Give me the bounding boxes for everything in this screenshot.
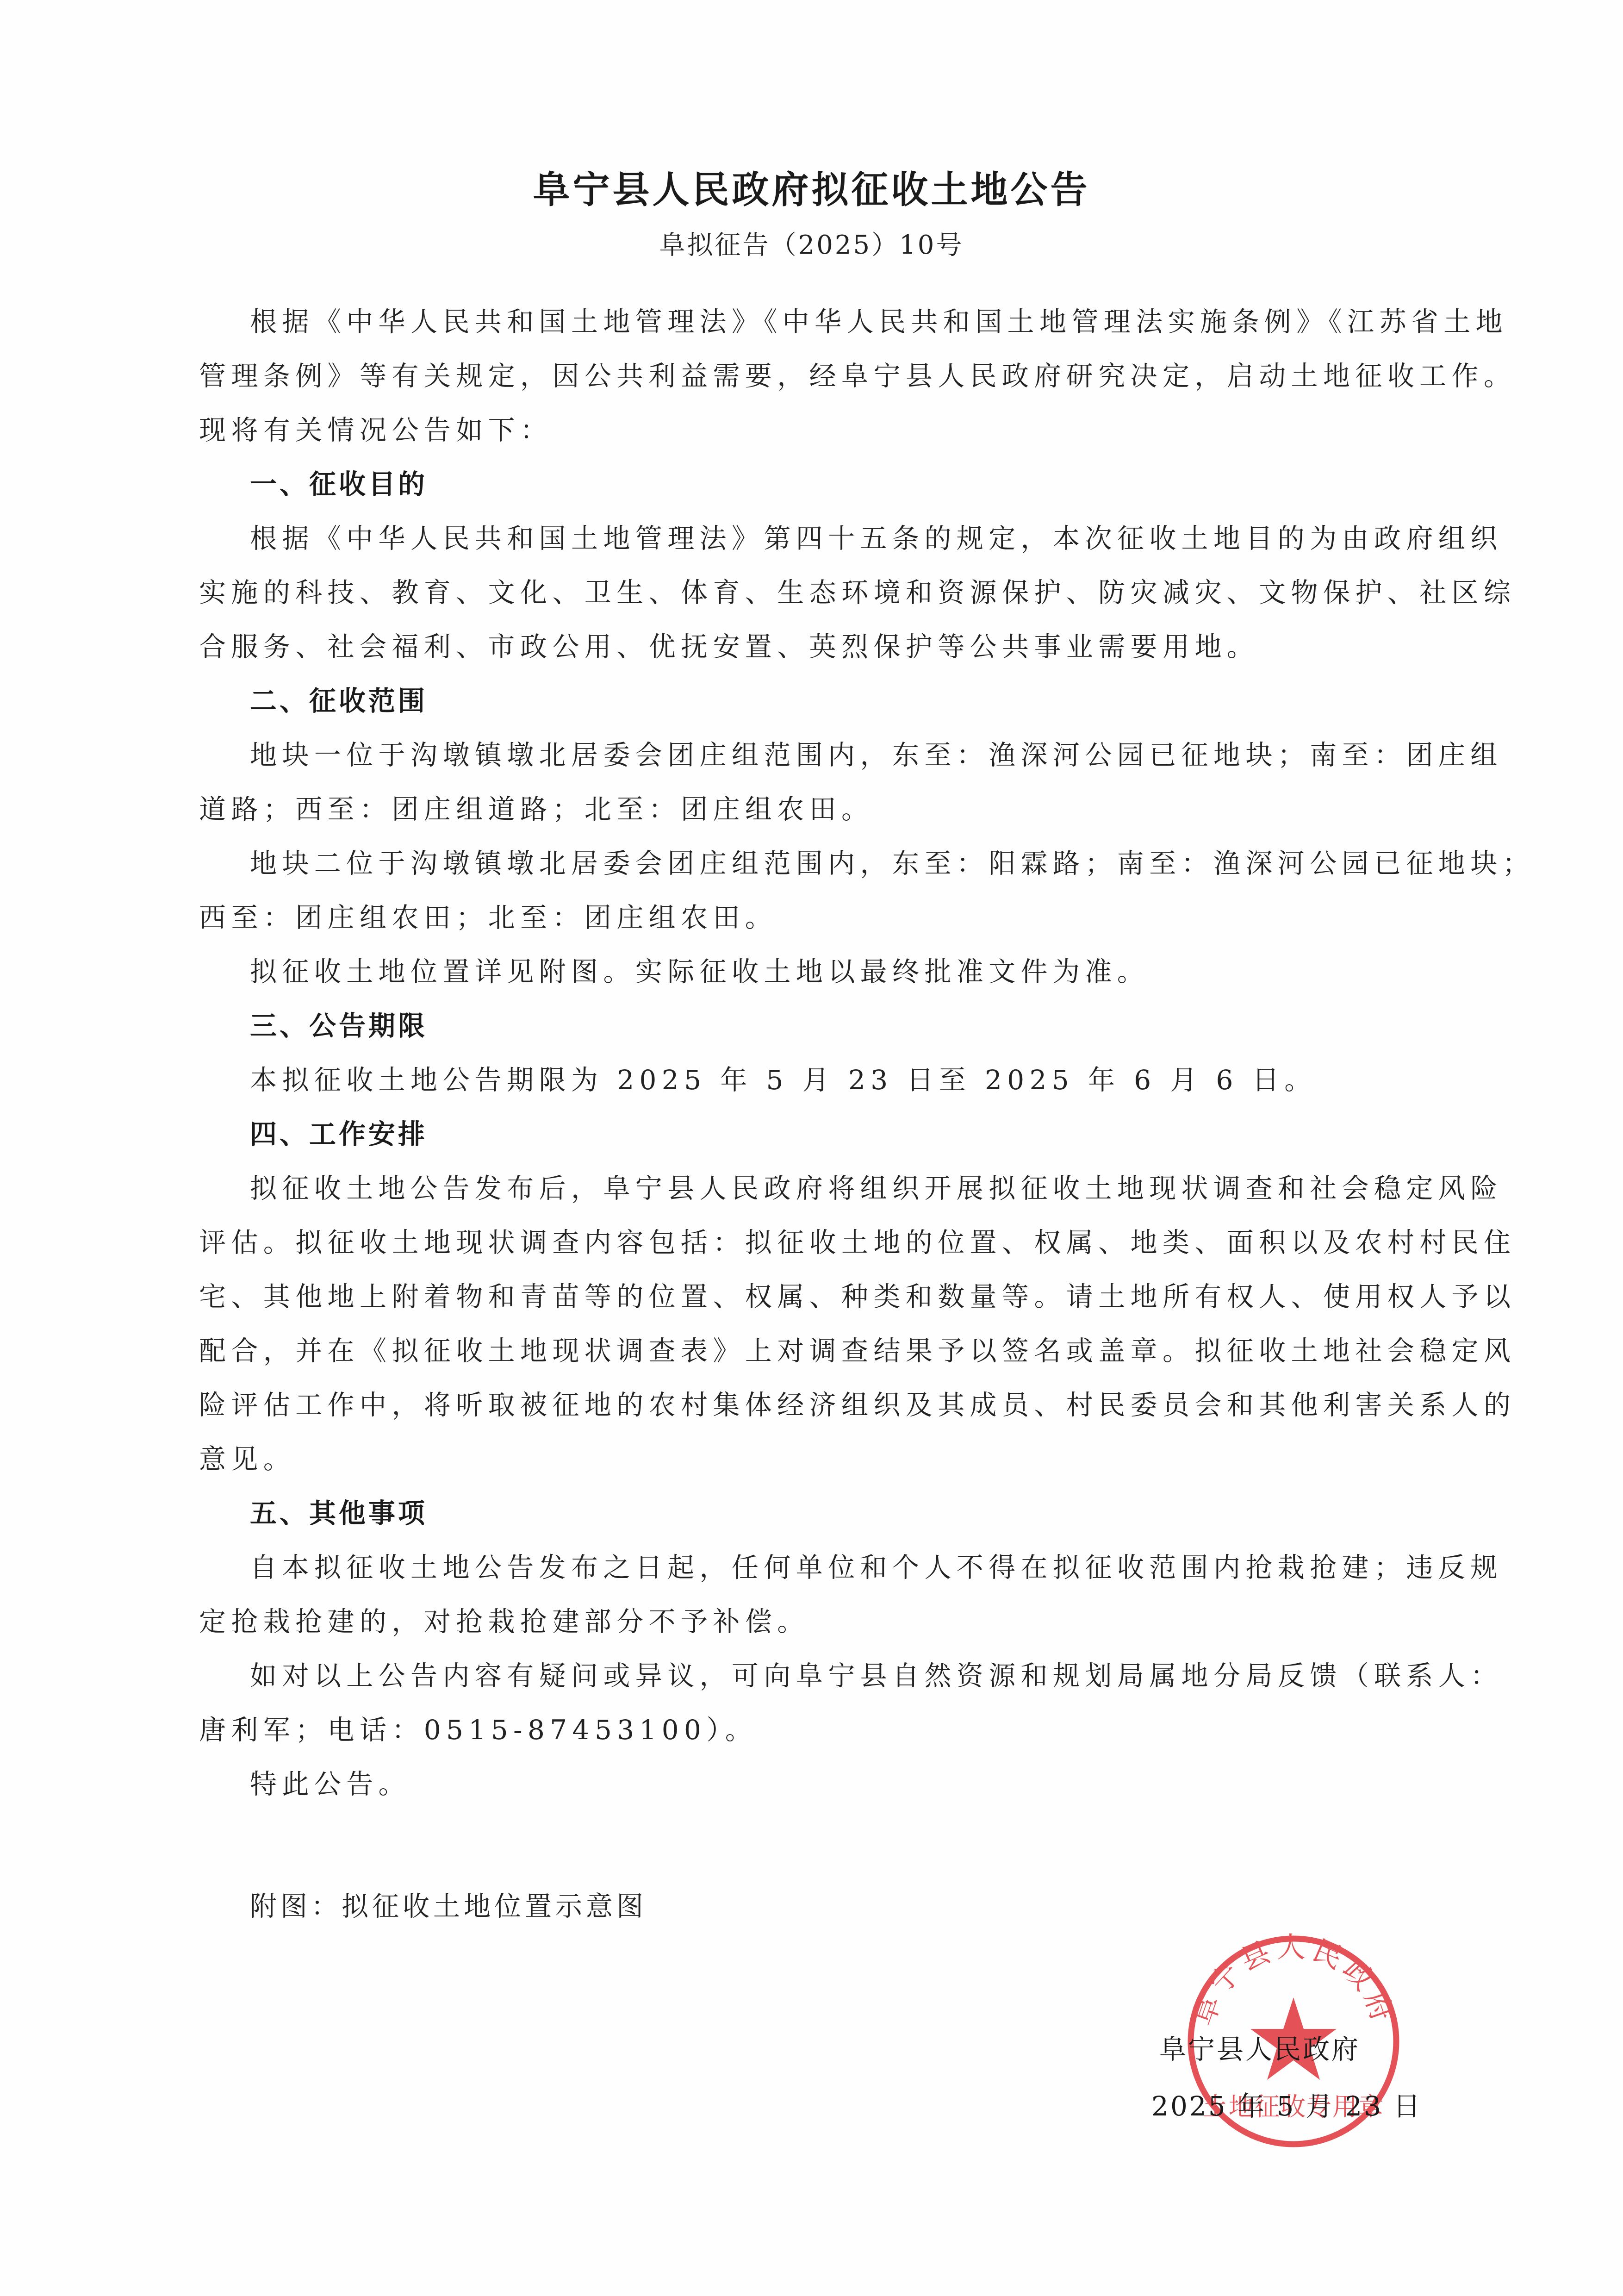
body-line: 合服务、社会福利、市政公用、优抚安置、英烈保护等公共事业需要用地。	[199, 630, 1259, 663]
body-line: 配合，并在《拟征收土地现状调查表》上对调查结果予以签名或盖章。拟征收土地社会稳定…	[199, 1335, 1516, 1367]
body-line: 定抢栽抢建的，对抢栽抢建部分不予补偿。	[199, 1605, 809, 1638]
intro-line: 管理条例》等有关规定，因公共利益需要，经阜宁县人民政府研究决定，启动土地征收工作…	[199, 360, 1516, 392]
body-line: 道路；西至：团庄组道路；北至：团庄组农田。	[199, 793, 873, 825]
body-line: 意见。	[199, 1443, 295, 1475]
section-heading-scope: 二、征收范围	[250, 685, 428, 717]
body-line: 如对以上公告内容有疑问或异议，可向阜宁县自然资源和规划局属地分局反馈（联系人：	[250, 1660, 1503, 1692]
document-number: 阜拟征告（2025）10号	[0, 225, 1623, 262]
body-line: 拟征收土地公告发布后，阜宁县人民政府将组织开展拟征收土地现状调查和社会稳定风险	[250, 1172, 1503, 1204]
section-heading-purpose: 一、征收目的	[250, 468, 428, 500]
body-line: 险评估工作中，将听取被征地的农村集体经济组织及其成员、村民委员会和其他利害关系人…	[199, 1389, 1516, 1421]
document-title: 阜宁县人民政府拟征收土地公告	[0, 160, 1623, 213]
closing-line: 特此公告。	[250, 1768, 410, 1800]
body-line: 根据《中华人民共和国土地管理法》第四十五条的规定，本次征收土地目的为由政府组织	[250, 522, 1503, 555]
section-heading-arrangement: 四、工作安排	[250, 1118, 428, 1150]
body-line: 评估。拟征收土地现状调查内容包括：拟征收土地的位置、权属、地类、面积以及农村村民…	[199, 1226, 1516, 1259]
body-line: 地块二位于沟墩镇墩北居委会团庄组范围内，东至：阳霖路；南至：渔深河公园已征地块；	[250, 847, 1535, 880]
body-line: 宅、其他地上附着物和青苗等的位置、权属、种类和数量等。请土地所有权人、使用权人予…	[199, 1280, 1516, 1313]
intro-line: 现将有关情况公告如下：	[199, 414, 552, 446]
intro-line: 根据《中华人民共和国土地管理法》《中华人民共和国土地管理法实施条例》《江苏省土地	[250, 306, 1508, 338]
document-page: 阜宁县人民政府拟征收土地公告 阜拟征告（2025）10号 根据《中华人民共和国土…	[0, 0, 1623, 2296]
body-line: 地块一位于沟墩镇墩北居委会团庄组范围内，东至：渔深河公园已征地块；南至：团庄组	[250, 739, 1503, 771]
body-line: 唐利军；电话：0515-87453100）。	[199, 1714, 757, 1746]
issuer-signature: 阜宁县人民政府	[1159, 2033, 1360, 2065]
section-heading-period: 三、公告期限	[250, 1010, 428, 1042]
body-line: 本拟征收土地公告期限为 2025 年 5 月 23 日至 2025 年 6 月 …	[250, 1064, 1317, 1096]
body-line: 西至：团庄组农田；北至：团庄组农田。	[199, 901, 777, 934]
body-line: 自本拟征收土地公告发布之日起，任何单位和个人不得在拟征收范围内抢栽抢建；违反规	[250, 1551, 1503, 1584]
attachment-note: 附图：拟征收土地位置示意图	[250, 1890, 647, 1922]
section-heading-other: 五、其他事项	[250, 1497, 428, 1529]
body-line: 拟征收土地位置详见附图。实际征收土地以最终批准文件为准。	[250, 955, 1149, 988]
body-line: 实施的科技、教育、文化、卫生、体育、生态环境和资源保护、防灾减灾、文物保护、社区…	[199, 576, 1516, 609]
issue-date: 2025 年 5 月 23 日	[1151, 2090, 1422, 2122]
